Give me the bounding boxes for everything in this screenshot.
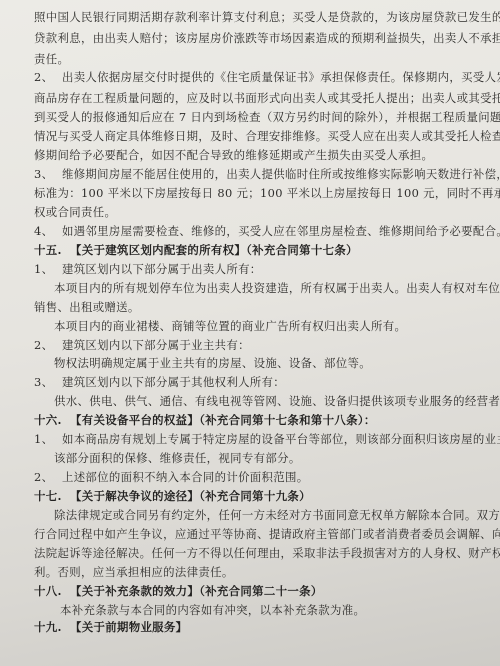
section-heading-16: 十六.【有关设备平台的权益】（补充合同第十七条和第十八条）： <box>34 413 376 427</box>
clause-line: 2、 上述部位的面积不纳入本合同的计价面积范围。 <box>34 470 309 484</box>
text-line: 利。否则，应当承担相应的法律责任。 <box>34 565 234 579</box>
text-line: 本项目内的商业裙楼、商铺等位置的商业广告所有权归出卖人所有。 <box>54 319 406 333</box>
clause-line: 1、 建筑区划内以下部分属于出卖人所有： <box>34 262 262 276</box>
clause-4-line: 4、 如遇邻里房屋需要检查、维修的，买受人应在邻里房屋检查、维修期间给予必要配合… <box>34 224 500 238</box>
clause-line: 3、 建筑区划内以下部分属于其他权利人所有： <box>34 375 285 389</box>
section-heading-19: 十九.【关于前期物业服务】 <box>34 620 187 634</box>
text-line: 到买受人的报修通知后应在 7 日内到场检查（双方另约时间的除外），并根据工程质量… <box>34 110 500 124</box>
section-heading-17: 十七.【关于解决争议的途径】（补充合同第十九条） <box>34 489 311 503</box>
text-line: 销售、出租或赠送。 <box>34 300 140 314</box>
section-heading-15: 十五.【关于建筑区划内配套的所有权】（补充合同第十七条） <box>34 243 358 257</box>
text-line: 标准为：100 平米以下房屋按每日 80 元；100 平米以上房屋按每日 100… <box>34 186 500 200</box>
clause-2-line: 2、 出卖人依据房屋交付时提供的《住宅质量保证书》承担保修责任。保修期内，买受人… <box>34 70 500 84</box>
text-line: 行合同过程中如产生争议，应通过平等协商、提请政府主管部门或者消费者委员会调解、向… <box>34 527 500 541</box>
clause-line: 1、 如本商品房有规划上专属于特定房屋的设备平台等部位，则该部分面积归该房屋的业… <box>34 432 500 446</box>
clause-3-line: 3、 维修期间房屋不能居住使用的，出卖人提供临时住所或按维修实际影响天数进行补偿… <box>34 167 500 181</box>
text-line: 供水、供电、供气、通信、有线电视等管网、设施、设备归提供该项专业服务的经营者所有… <box>54 394 500 408</box>
text-line: 修期间给予必要配合，如因不配合导致的维修延期或产生损失由买受人承担。 <box>34 148 433 162</box>
text-line: 责任。 <box>34 52 69 66</box>
text-line: 除法律规定或合同另有约定外，任何一方未经对方书面同意无权单方解除本合同。双方在履 <box>54 508 500 522</box>
text-line: 物权法明确规定属于业主共有的房屋、设施、设备、部位等。 <box>54 356 371 370</box>
text-line: 法院起诉等途径解决。任何一方不得以任何理由，采取非法手段损害对方的人身权、财产权… <box>34 546 500 560</box>
clause-number: 3、 <box>34 167 54 181</box>
document-page: 照中国人民银行同期活期存款利率计算支付利息；买受人是贷款的，为该房屋贷款已发生的… <box>0 0 500 666</box>
text-line: 权或合同责任。 <box>34 205 116 219</box>
text-line: 情况与买受人商定具体维修日期，及时、合理安排维修。买受人应在出卖人或其受托人检查… <box>34 129 500 143</box>
section-heading-18: 十八.【关于补充条款的效力】（补充合同第二十一条） <box>34 584 323 598</box>
text-line: 贷款利息，由出卖人赔付；该房屋房价涨跌等市场因素造成的预期利益损失，出卖人不承担… <box>34 31 500 45</box>
clause-number: 2、 <box>34 70 54 84</box>
text-line: 该部分面积的保修、维修责任，视同专有部分。 <box>54 451 301 465</box>
text-line: 商品房存在工程质量问题的，应及时以书面形式向出卖人或其受托人提出；出卖人或其受托… <box>34 91 500 105</box>
text-line: 本项目内的所有规划停车位为出卖人投资建造，所有权属于出卖人。出卖人有权对车位进行 <box>54 281 500 295</box>
clause-number: 4、 <box>34 224 54 238</box>
text-line: 照中国人民银行同期活期存款利率计算支付利息；买受人是贷款的，为该房屋贷款已发生的… <box>34 10 500 24</box>
clause-line: 2、 建筑区划内以下部分属于业主共有： <box>34 338 250 352</box>
text-line: 本补充条款与本合同的内容如有冲突，以本补充条款为准。 <box>60 603 365 617</box>
